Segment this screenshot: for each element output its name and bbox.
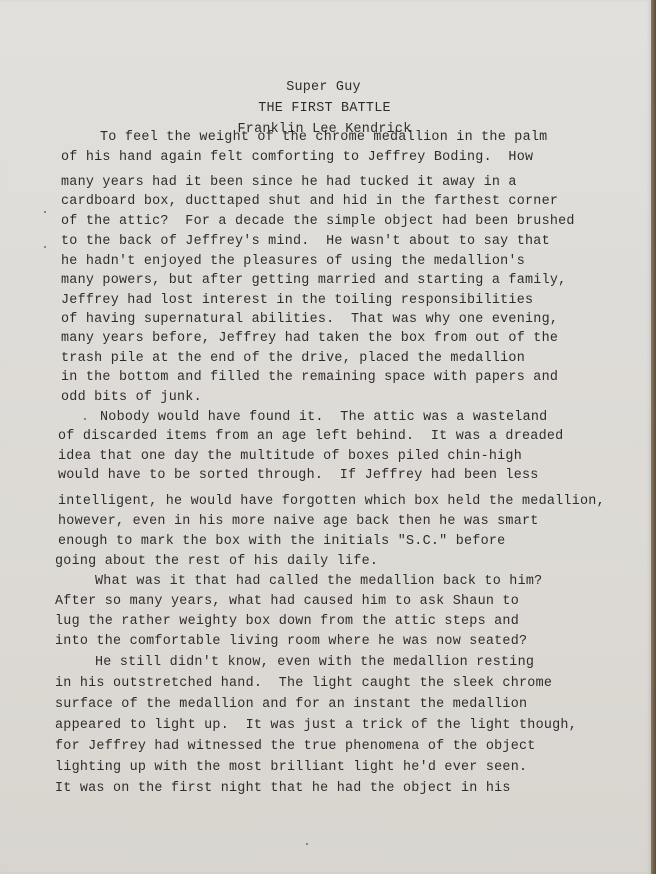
body-line: appeared to light up. It was just a tric… [55,718,577,733]
body-line: He still didn't know, even with the meda… [95,655,534,670]
body-line: in his outstretched hand. The light caug… [55,676,552,691]
body-line: Nobody would have found it. The attic wa… [100,410,547,425]
body-line: To feel the weight of the chrome medalli… [100,130,547,145]
body-line: Jeffrey had lost interest in the toiling… [61,293,533,308]
body-line: lighting up with the most brilliant ligh… [55,760,527,775]
chapter-title: THE FIRST BATTLE [0,101,650,116]
body-line: he hadn't enjoyed the pleasures of using… [61,254,525,269]
story-series-title: Super Guy [0,80,649,95]
body-line: for Jeffrey had witnessed the true pheno… [55,739,536,754]
body-line: surface of the medallion and for an inst… [55,697,527,712]
body-line: going about the rest of his daily life. [55,554,378,569]
body-line: to the back of Jeffrey's mind. He wasn't… [61,234,550,249]
body-line: trash pile at the end of the drive, plac… [61,351,525,366]
body-line: many powers, but after getting married a… [61,273,566,288]
body-line: of the attic? For a decade the simple ob… [61,214,575,229]
body-line: of discarded items from an age left behi… [58,429,563,444]
body-line: in the bottom and filled the remaining s… [61,370,558,385]
body-line: of his hand again felt comforting to Jef… [61,150,533,165]
body-line: into the comfortable living room where h… [55,634,527,649]
paper-speck [44,211,46,213]
body-line: lug the rather weighty box down from the… [55,614,519,629]
paper-speck [84,418,86,420]
body-line: idea that one day the multitude of boxes… [58,449,522,464]
body-line: many years had it been since he had tuck… [61,175,517,190]
body-line: What was it that had called the medallio… [95,574,542,589]
desk-edge [651,0,656,874]
body-line: odd bits of junk. [61,390,202,405]
paper-speck [44,246,46,248]
body-line: of having supernatural abilities. That w… [61,312,558,327]
body-line: many years before, Jeffrey had taken the… [61,331,558,346]
body-line: It was on the first night that he had th… [55,781,511,796]
paper-speck [306,843,308,845]
body-line: would have to be sorted through. If Jeff… [58,468,539,483]
body-line: enough to mark the box with the initials… [58,534,505,549]
body-line: After so many years, what had caused him… [55,594,519,609]
body-line: however, even in his more naive age back… [58,514,539,529]
body-line: intelligent, he would have forgotten whi… [58,494,605,509]
body-line: cardboard box, ducttaped shut and hid in… [61,194,558,209]
